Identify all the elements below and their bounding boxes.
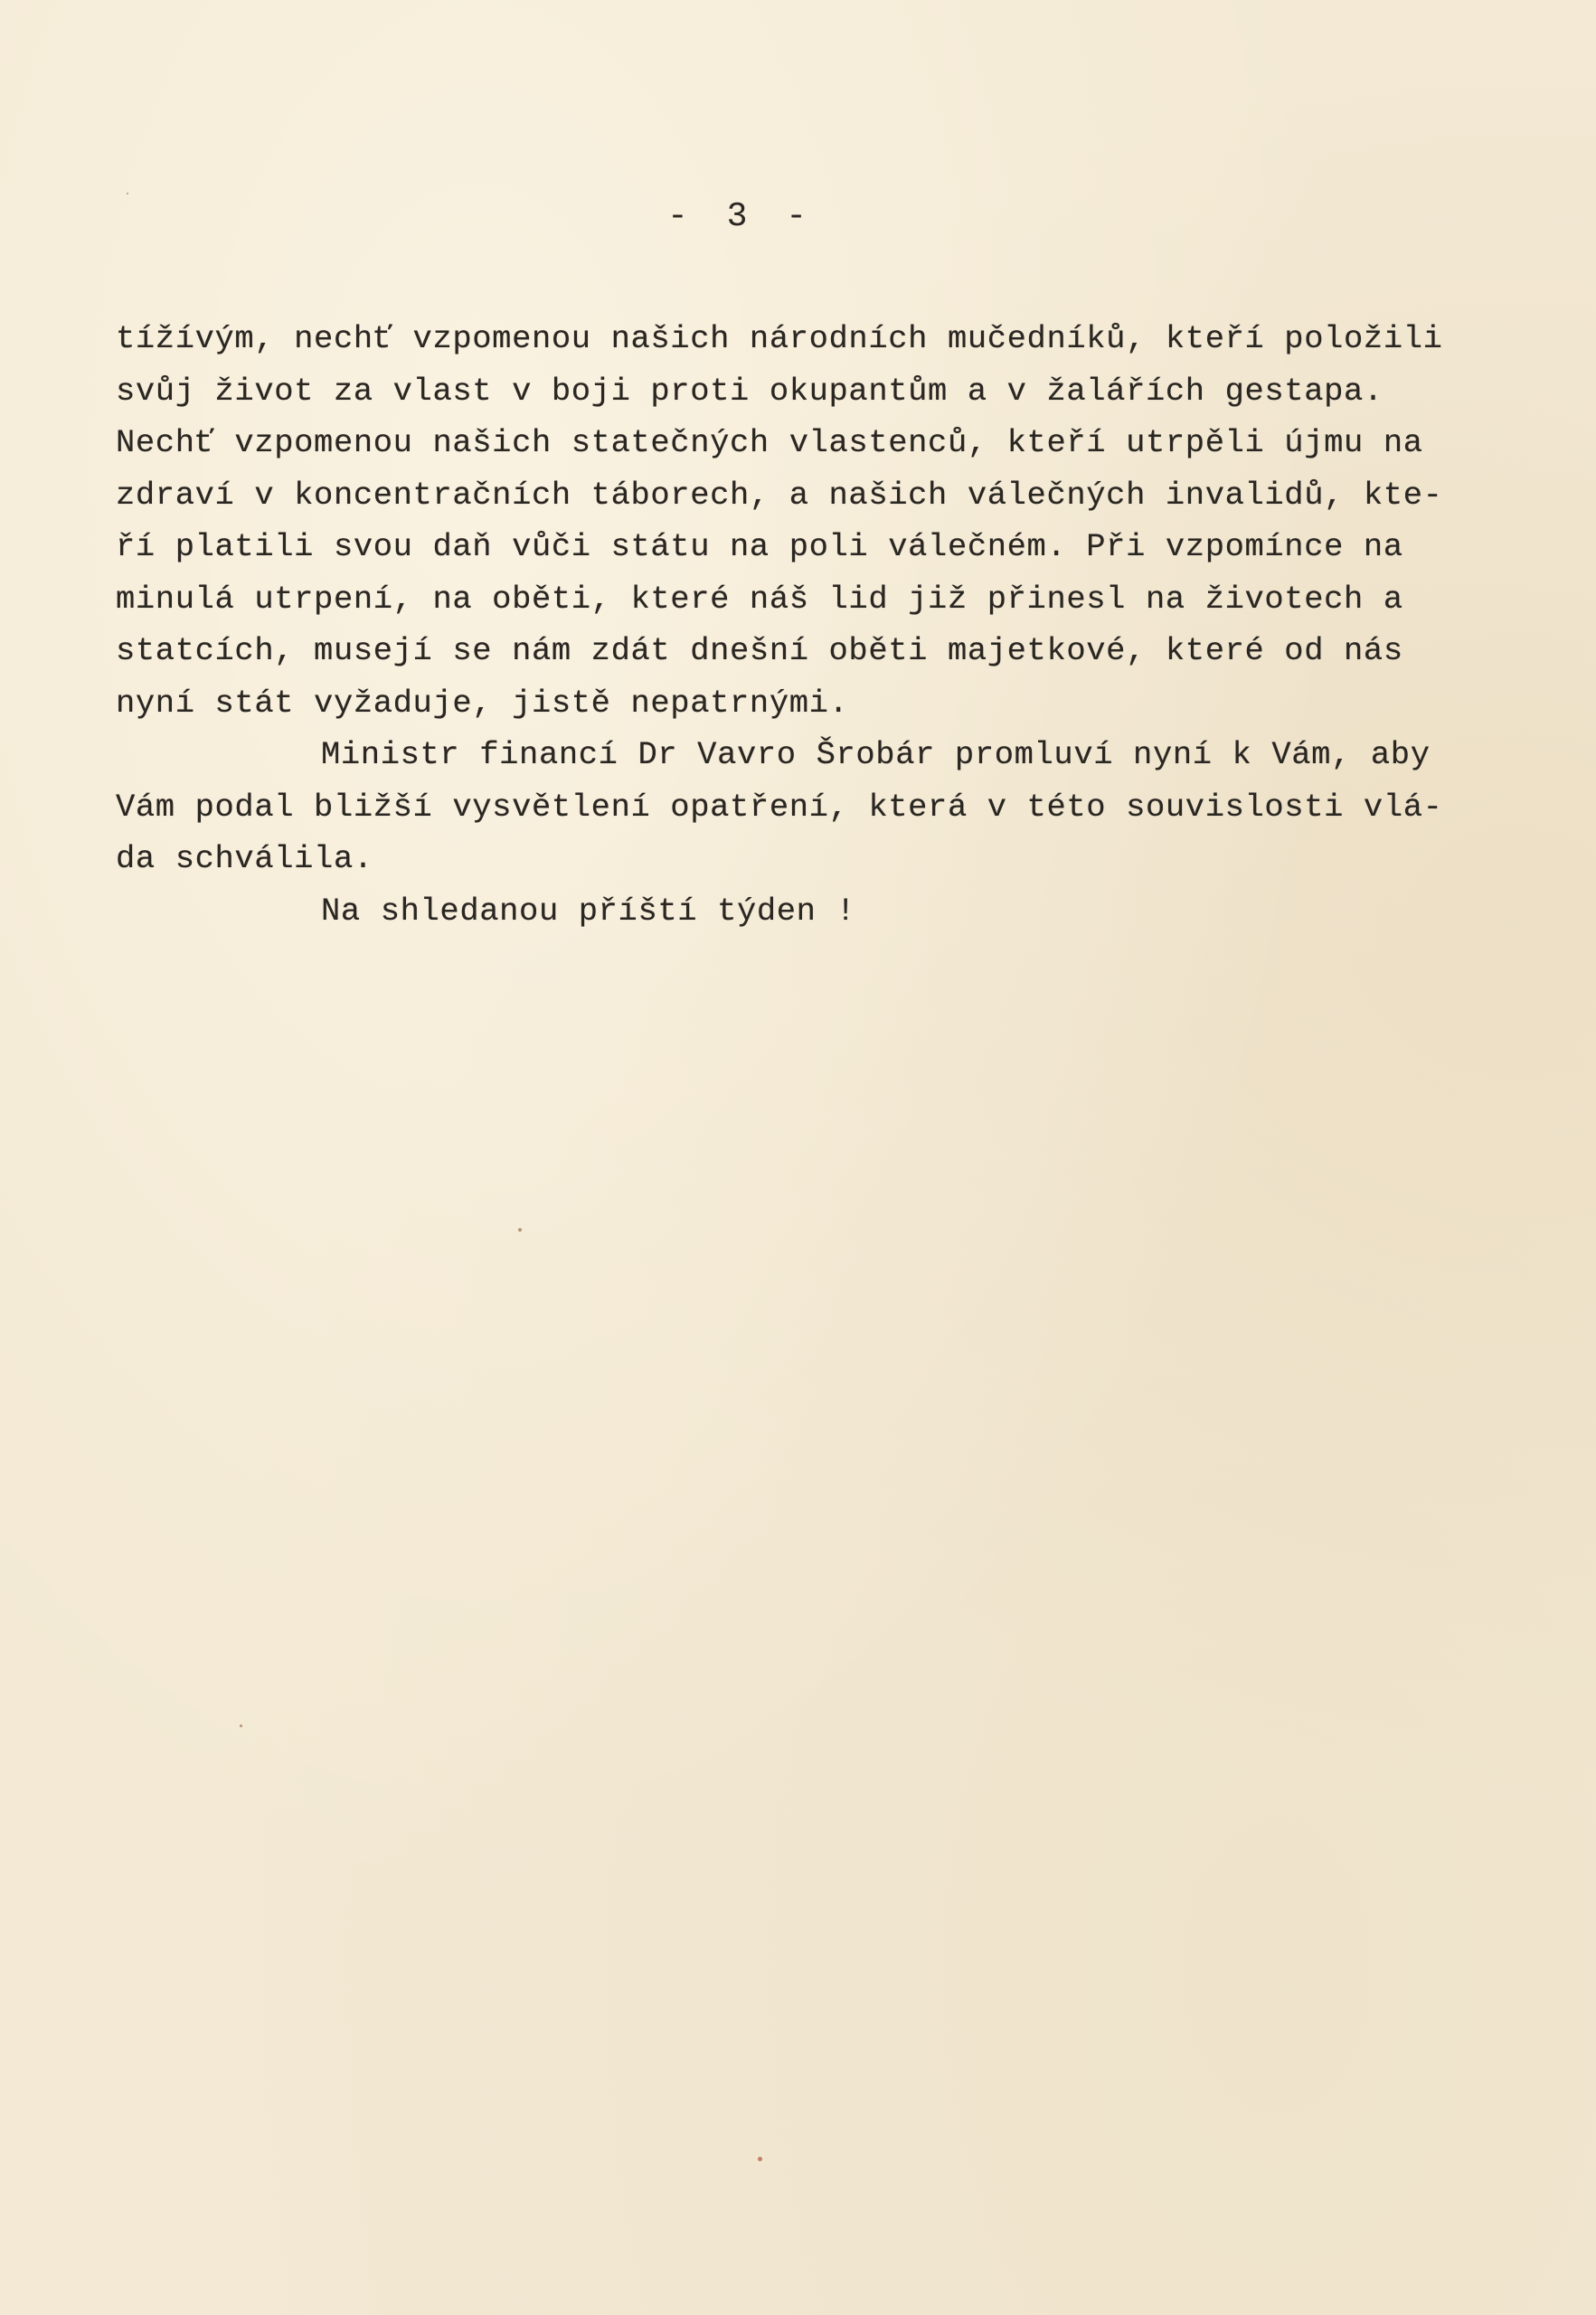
text-line: ří platili svou daň vůči státu na poli v… [116, 526, 1535, 579]
paper-speck [127, 193, 128, 194]
text-line: minulá utrpení, na oběti, které náš lid … [116, 579, 1535, 631]
paragraph-remembrance: tížívým, nechť vzpomenou našich národníc… [116, 318, 1535, 734]
paper-speck [758, 2157, 762, 2161]
text-line: Vám podal bližší vysvětlení opatření, kt… [116, 787, 1535, 839]
text-line-indented: Ministr financí Dr Vavro Šrobár promluví… [116, 734, 1535, 787]
paper-speck [240, 1724, 242, 1727]
closing-line: Na shledanou příští týden ! [116, 891, 1535, 943]
paragraph-minister-announcement: Ministr financí Dr Vavro Šrobár promluví… [116, 734, 1535, 891]
paper-speck [518, 1228, 522, 1232]
text-line: svůj život za vlast v boji proti okupant… [116, 371, 1535, 423]
text-line: Nechť vzpomenou našich statečných vlaste… [116, 422, 1535, 475]
text-line: tížívým, nechť vzpomenou našich národníc… [116, 318, 1535, 371]
text-line: statcích, musejí se nám zdát dnešní obět… [116, 630, 1535, 683]
text-line: da schválila. [116, 838, 1535, 891]
document-body: tížívým, nechť vzpomenou našich národníc… [116, 318, 1535, 942]
text-line: nyní stát vyžaduje, jistě nepatrnými. [116, 683, 1535, 735]
typewritten-page: - 3 - tížívým, nechť vzpomenou našich ná… [0, 0, 1596, 2315]
text-line: zdraví v koncentračních táborech, a naši… [116, 475, 1535, 527]
paragraph-closing: Na shledanou příští týden ! [116, 891, 1535, 943]
page-number: - 3 - [0, 197, 1483, 236]
